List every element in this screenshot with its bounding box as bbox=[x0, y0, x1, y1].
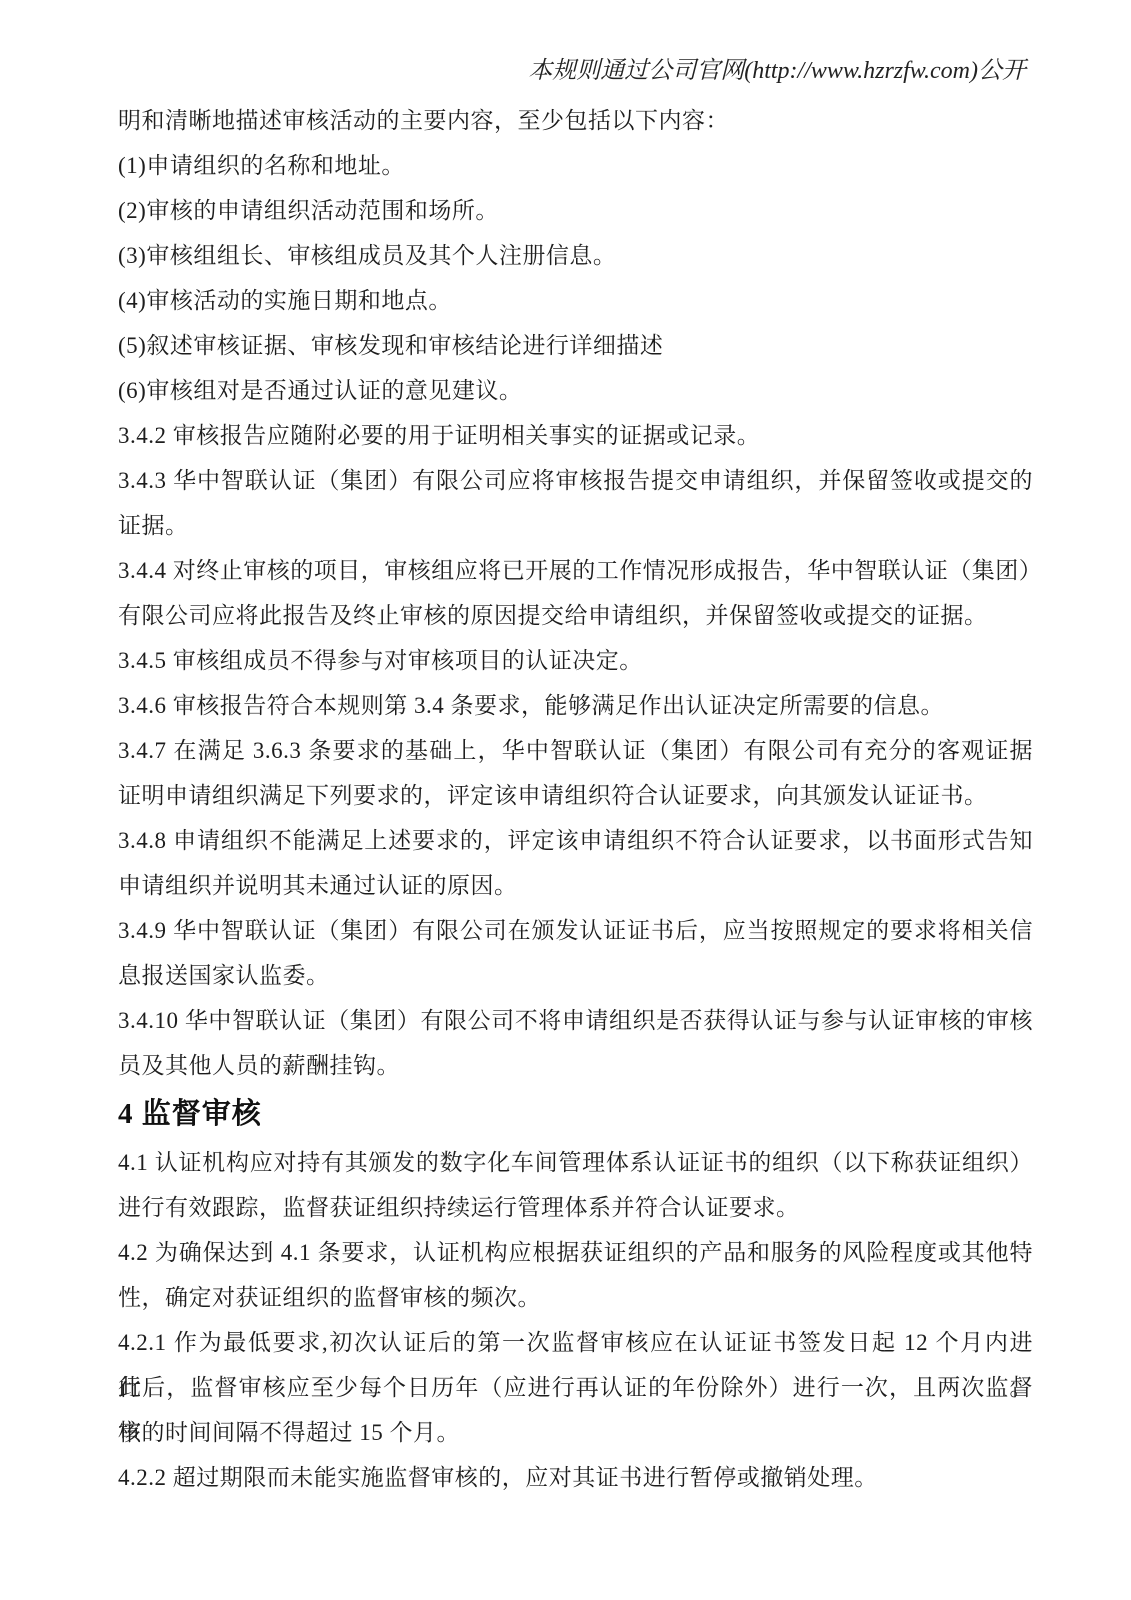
text-line: (2)审核的申请组织活动范围和场所。 bbox=[118, 188, 1033, 233]
text-line: 4.2 为确保达到 4.1 条要求，认证机构应根据获证组织的产品和服务的风险程度… bbox=[118, 1230, 1033, 1275]
text-line: 3.4.7 在满足 3.6.3 条要求的基础上，华中智联认证（集团）有限公司有充… bbox=[118, 728, 1033, 773]
document-body: 明和清晰地描述审核活动的主要内容，至少包括以下内容：(1)申请组织的名称和地址。… bbox=[118, 98, 1033, 1500]
text-line: 有限公司应将此报告及终止审核的原因提交给申请组织，并保留签收或提交的证据。 bbox=[118, 593, 1033, 638]
text-line: 员及其他人员的薪酬挂钩。 bbox=[118, 1043, 1033, 1088]
text-line: 4.1 认证机构应对持有其颁发的数字化车间管理体系认证证书的组织（以下称获证组织… bbox=[118, 1140, 1033, 1185]
section-heading: 4 监督审核 bbox=[118, 1088, 1033, 1140]
text-line: 明和清晰地描述审核活动的主要内容，至少包括以下内容： bbox=[118, 98, 1033, 143]
text-line: (3)审核组组长、审核组成员及其个人注册信息。 bbox=[118, 233, 1033, 278]
text-line: 核的时间间隔不得超过 15 个月。 bbox=[118, 1410, 1033, 1455]
text-line: 进行有效跟踪，监督获证组织持续运行管理体系并符合认证要求。 bbox=[118, 1185, 1033, 1230]
page-header-note: 本规则通过公司官网(http://www.hzrzfw.com)公开 bbox=[0, 54, 1026, 88]
text-line: 申请组织并说明其未通过认证的原因。 bbox=[118, 863, 1033, 908]
text-line: (1)申请组织的名称和地址。 bbox=[118, 143, 1033, 188]
text-line: 证据。 bbox=[118, 503, 1033, 548]
text-line: 3.4.5 审核组成员不得参与对审核项目的认证决定。 bbox=[118, 638, 1033, 683]
text-line: 3.4.3 华中智联认证（集团）有限公司应将审核报告提交申请组织，并保留签收或提… bbox=[118, 458, 1033, 503]
text-line: (4)审核活动的实施日期和地点。 bbox=[118, 278, 1033, 323]
text-line: 证明申请组织满足下列要求的，评定该申请组织符合认证要求，向其颁发认证证书。 bbox=[118, 773, 1033, 818]
text-line: 3.4.6 审核报告符合本规则第 3.4 条要求，能够满足作出认证决定所需要的信… bbox=[118, 683, 1033, 728]
document-page: 本规则通过公司官网(http://www.hzrzfw.com)公开 明和清晰地… bbox=[0, 0, 1131, 1600]
text-line: 性，确定对获证组织的监督审核的频次。 bbox=[118, 1275, 1033, 1320]
text-line: (6)审核组对是否通过认证的意见建议。 bbox=[118, 368, 1033, 413]
text-line: 3.4.2 审核报告应随附必要的用于证明相关事实的证据或记录。 bbox=[118, 413, 1033, 458]
text-line: 此后，监督审核应至少每个日历年（应进行再认证的年份除外）进行一次，且两次监督审 bbox=[118, 1365, 1033, 1410]
text-line: 息报送国家认监委。 bbox=[118, 953, 1033, 998]
text-line: (5)叙述审核证据、审核发现和审核结论进行详细描述 bbox=[118, 323, 1033, 368]
text-line: 4.2.1 作为最低要求,初次认证后的第一次监督审核应在认证证书签发日起 12 … bbox=[118, 1320, 1033, 1365]
text-line: 3.4.9 华中智联认证（集团）有限公司在颁发认证证书后，应当按照规定的要求将相… bbox=[118, 908, 1033, 953]
text-line: 3.4.4 对终止审核的项目，审核组应将已开展的工作情况形成报告，华中智联认证（… bbox=[118, 548, 1033, 593]
text-line: 4.2.2 超过期限而未能实施监督审核的，应对其证书进行暂停或撤销处理。 bbox=[118, 1455, 1033, 1500]
text-line: 3.4.10 华中智联认证（集团）有限公司不将申请组织是否获得认证与参与认证审核… bbox=[118, 998, 1033, 1043]
text-line: 3.4.8 申请组织不能满足上述要求的，评定该申请组织不符合认证要求，以书面形式… bbox=[118, 818, 1033, 863]
